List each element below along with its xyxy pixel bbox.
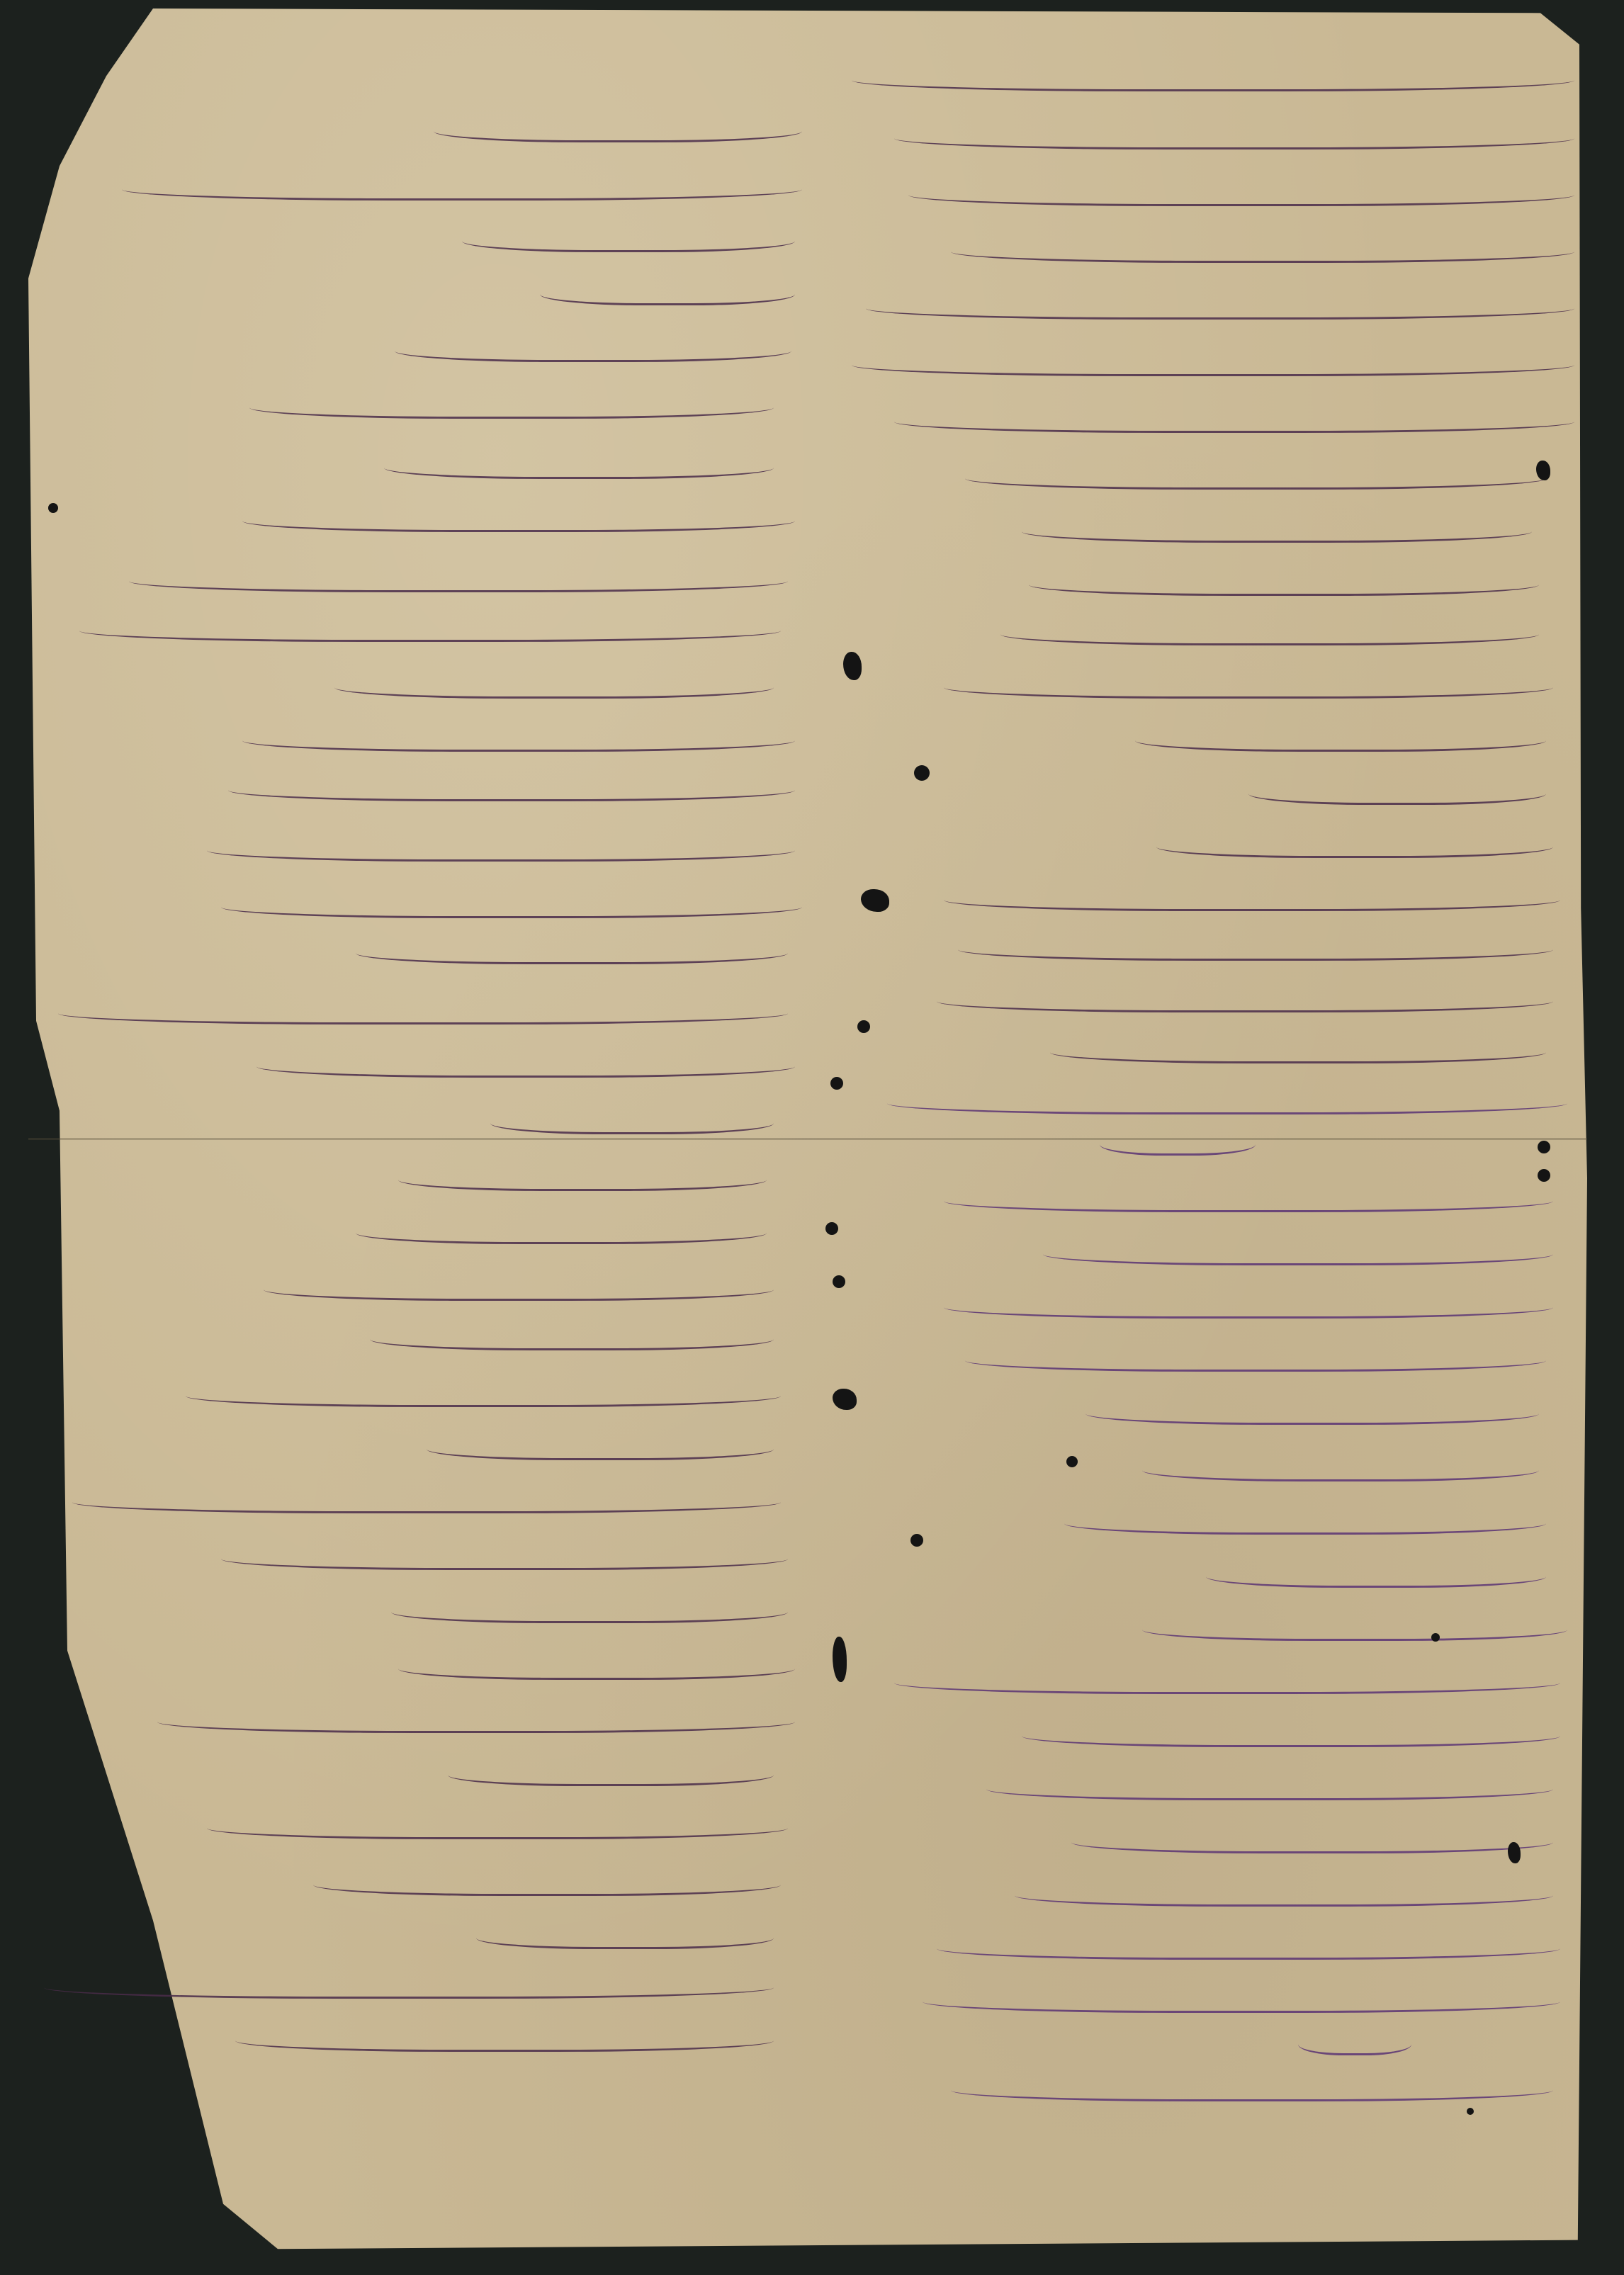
ink-stroke: [58, 997, 788, 1024]
ink-stroke: [1015, 1879, 1553, 1907]
ink-stroke: [476, 1921, 774, 1949]
ink-stroke: [207, 834, 795, 862]
ink-stroke: [540, 278, 795, 305]
right_column-handwritten-line: [1100, 1119, 1256, 1158]
ink-stroke: [448, 1759, 774, 1786]
left_column-handwritten-line: [44, 1963, 774, 2001]
ink-blot: [1066, 1456, 1078, 1467]
ink-stroke: [937, 985, 1553, 1012]
ink-stroke: [1248, 777, 1546, 805]
left_column-handwritten-line: [242, 496, 795, 534]
left_column-handwritten-line: [186, 1371, 781, 1409]
ink-stroke: [1043, 1238, 1553, 1265]
left_column-handwritten-line: [356, 928, 788, 966]
ink-stroke: [1142, 1454, 1539, 1481]
ink-stroke: [944, 671, 1553, 699]
ink-blot: [1538, 1169, 1550, 1182]
right_column-handwritten-line: [965, 453, 1546, 492]
right_column-handwritten-line: [951, 2065, 1553, 2104]
left_column-handwritten-line: [370, 1314, 774, 1353]
left_column-handwritten-line: [129, 556, 788, 594]
ink-blot: [825, 1222, 838, 1235]
left_column-handwritten-line: [221, 1534, 788, 1572]
ink-stroke: [398, 1652, 795, 1680]
ink-stroke: [186, 1379, 781, 1407]
ink-stroke: [264, 1273, 774, 1301]
ink-stroke: [1086, 1397, 1539, 1425]
right_column-handwritten-line: [866, 283, 1574, 322]
ink-stroke: [462, 225, 795, 252]
ink-blot: [910, 1534, 923, 1547]
left_column-handwritten-line: [334, 662, 774, 701]
ink-stroke: [965, 1344, 1546, 1372]
ink-stroke: [1000, 618, 1539, 645]
ink-stroke: [334, 671, 774, 699]
ink-stroke: [894, 405, 1574, 433]
ink-stroke: [958, 933, 1553, 961]
right_column-handwritten-line: [944, 662, 1553, 701]
right_column-handwritten-line: [908, 170, 1574, 208]
left_column-handwritten-line: [391, 1587, 788, 1625]
ink-stroke: [894, 122, 1574, 149]
ink-stroke: [207, 1812, 788, 1839]
right_column-handwritten-line: [944, 1176, 1553, 1214]
left_column-handwritten-line: [207, 1803, 788, 1841]
left_column-handwritten-line: [313, 1860, 781, 1898]
ink-stroke: [384, 451, 774, 479]
ink-stroke: [129, 565, 788, 592]
ink-stroke: [1064, 1507, 1546, 1535]
ink-stroke: [908, 179, 1574, 206]
ink-stroke: [235, 2024, 774, 2052]
left_column-handwritten-line: [256, 1041, 795, 1080]
ink-stroke: [1022, 515, 1532, 543]
ink-stroke: [1029, 568, 1539, 596]
right_column-handwritten-line: [944, 1282, 1553, 1321]
right_column-handwritten-line: [1050, 1027, 1546, 1066]
right_column-handwritten-line: [1022, 1711, 1560, 1749]
ink-blot: [1536, 461, 1550, 480]
ink-stroke: [944, 884, 1560, 911]
ink-stroke: [1100, 1128, 1256, 1156]
ink-stroke: [356, 1216, 767, 1244]
ink-stroke: [44, 1971, 774, 1999]
ink-stroke: [923, 1985, 1560, 2013]
ink-stroke: [370, 1323, 774, 1350]
ink-stroke: [1050, 1036, 1546, 1063]
ink-stroke: [852, 349, 1574, 376]
left_column-handwritten-line: [221, 882, 802, 920]
left_column-handwritten-line: [490, 1098, 774, 1136]
right_column-handwritten-line: [1135, 716, 1546, 754]
ink-blot: [1467, 2108, 1474, 2115]
left_column-handwritten-line: [398, 1155, 767, 1193]
ink-stroke: [951, 235, 1574, 263]
paper-fold-crease: [28, 1138, 1587, 1140]
ink-blot: [1431, 1633, 1440, 1642]
ink-stroke: [1022, 1720, 1560, 1747]
left_column-handwritten-line: [228, 765, 795, 803]
ink-blot: [857, 1020, 870, 1033]
left_column-handwritten-line: [427, 1424, 774, 1462]
right_column-handwritten-line: [1156, 822, 1553, 860]
left_column-handwritten-line: [242, 716, 795, 754]
right_column-handwritten-line: [1298, 2019, 1411, 2057]
left_column-handwritten-line: [395, 326, 791, 364]
ink-stroke: [965, 462, 1546, 490]
left_column-handwritten-line: [384, 443, 774, 481]
right_column-handwritten-line: [1142, 1445, 1539, 1484]
ink-stroke: [157, 1705, 795, 1733]
right_column-handwritten-line: [944, 875, 1560, 913]
left_column-handwritten-line: [207, 825, 795, 864]
right_column-handwritten-line: [894, 1658, 1560, 1696]
right_column-handwritten-line: [894, 113, 1574, 152]
right_column-handwritten-line: [1071, 1817, 1553, 1856]
right_column-handwritten-line: [951, 227, 1574, 265]
left_column-handwritten-line: [72, 1477, 781, 1515]
ink-stroke: [434, 115, 802, 142]
right_column-handwritten-line: [1206, 1552, 1546, 1590]
left_column-handwritten-line: [264, 1265, 774, 1303]
ink-stroke: [122, 173, 802, 201]
right_column-handwritten-line: [1015, 1870, 1553, 1909]
left_column-handwritten-line: [434, 106, 802, 145]
right_column-handwritten-line: [1086, 1389, 1539, 1427]
ink-stroke: [395, 334, 791, 362]
ink-stroke: [356, 937, 788, 964]
ink-blot: [48, 503, 58, 513]
right_column-handwritten-line: [965, 1336, 1546, 1374]
ink-stroke: [1071, 1826, 1553, 1853]
right_column-handwritten-line: [852, 340, 1574, 378]
ink-stroke: [398, 1163, 767, 1191]
left_column-handwritten-line: [398, 1644, 795, 1682]
right_column-handwritten-line: [887, 1078, 1567, 1117]
ink-stroke: [852, 64, 1574, 91]
ink-stroke: [1135, 724, 1546, 752]
ink-blot: [833, 1637, 847, 1682]
ink-stroke: [937, 1932, 1560, 1960]
right_column-handwritten-line: [852, 55, 1574, 94]
ink-stroke: [1298, 2028, 1411, 2055]
ink-blot: [843, 652, 862, 680]
ink-stroke: [228, 774, 795, 801]
right_column-handwritten-line: [1064, 1498, 1546, 1537]
right_column-handwritten-line: [894, 397, 1574, 435]
left_column-handwritten-line: [157, 1697, 795, 1735]
ink-stroke: [866, 292, 1574, 320]
left_column-handwritten-line: [462, 216, 795, 254]
ink-stroke: [221, 891, 802, 918]
ink-stroke: [427, 1433, 774, 1460]
right_column-handwritten-line: [958, 925, 1553, 963]
ink-blot: [830, 1077, 843, 1090]
ink-stroke: [221, 1542, 788, 1570]
right_column-handwritten-line: [937, 1924, 1560, 1962]
left_column-handwritten-line: [79, 606, 781, 644]
right_column-handwritten-line: [937, 976, 1553, 1015]
left_column-handwritten-line: [58, 988, 788, 1027]
ink-stroke: [242, 504, 795, 532]
right_column-handwritten-line: [986, 1764, 1553, 1802]
ink-blot: [914, 765, 930, 781]
right_column-handwritten-line: [1142, 1605, 1567, 1643]
right_column-handwritten-line: [923, 1977, 1560, 2015]
ink-blot: [1538, 1141, 1550, 1153]
ink-stroke: [951, 2074, 1553, 2101]
ink-stroke: [490, 1107, 774, 1134]
left_column-handwritten-line: [356, 1208, 767, 1246]
right_column-handwritten-line: [1248, 769, 1546, 807]
right_column-handwritten-line: [1029, 560, 1539, 598]
ink-blot: [833, 1275, 845, 1288]
ink-stroke: [72, 1486, 781, 1513]
ink-stroke: [894, 1666, 1560, 1694]
ink-stroke: [391, 1596, 788, 1623]
left_column-handwritten-line: [249, 383, 774, 421]
left_column-handwritten-line: [122, 164, 802, 203]
ink-stroke: [313, 1868, 781, 1896]
ink-stroke: [242, 724, 795, 752]
ink-stroke: [944, 1291, 1553, 1319]
ink-stroke: [1142, 1613, 1567, 1641]
ink-stroke: [986, 1773, 1553, 1800]
ink-stroke: [944, 1185, 1553, 1212]
ink-stroke: [249, 391, 774, 419]
left_column-handwritten-line: [540, 269, 795, 307]
left_column-handwritten-line: [476, 1913, 774, 1951]
ink-stroke: [1156, 830, 1553, 858]
ink-stroke: [256, 1050, 795, 1078]
right_column-handwritten-line: [1022, 507, 1532, 545]
ink-blot: [1508, 1842, 1521, 1863]
right_column-handwritten-line: [1000, 609, 1539, 648]
right_column-handwritten-line: [1043, 1229, 1553, 1268]
left_column-handwritten-line: [448, 1750, 774, 1788]
ink-stroke: [1206, 1560, 1546, 1588]
ink-stroke: [887, 1087, 1567, 1114]
ink-stroke: [79, 614, 781, 642]
left_column-handwritten-line: [235, 2016, 774, 2054]
